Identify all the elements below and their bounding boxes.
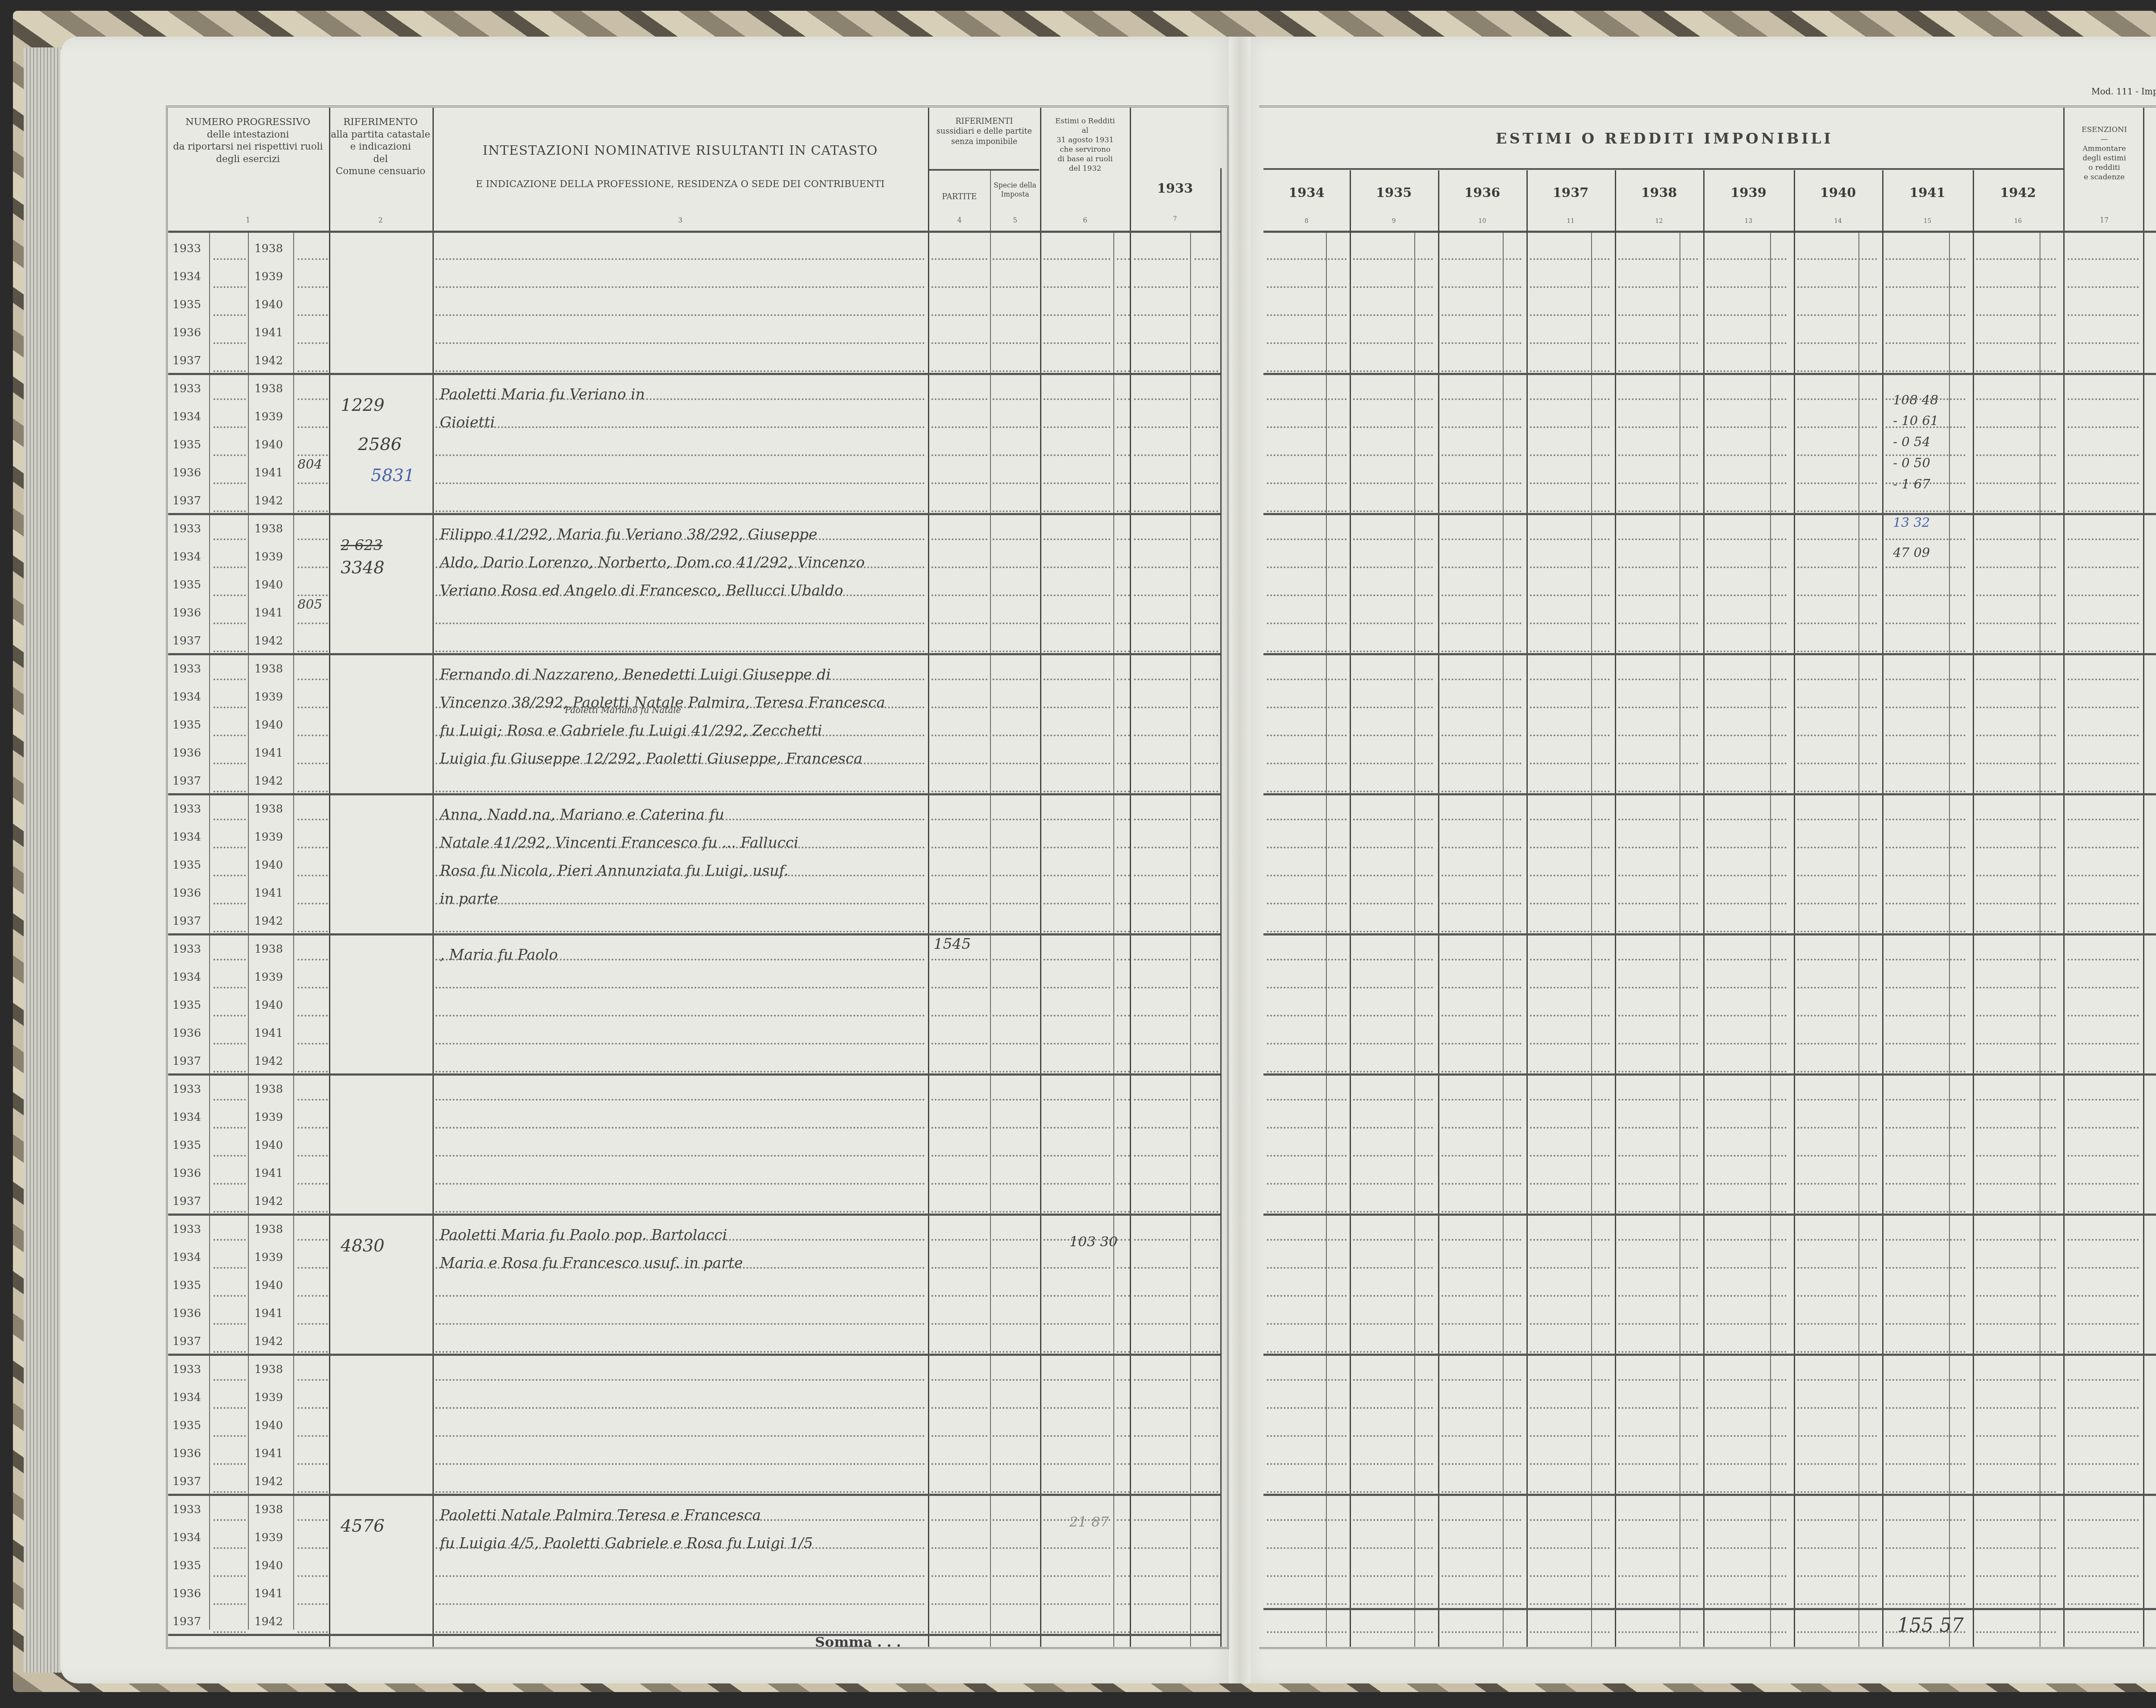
ruled-line <box>1442 1631 1521 1633</box>
ruled-line <box>1267 426 1347 428</box>
ruled-line <box>993 1407 1038 1409</box>
ruled-line <box>436 1211 925 1213</box>
header-line: Specie della Imposta <box>991 181 1039 199</box>
reddito-1941-value: 108 48 <box>1893 393 1938 408</box>
ruled-line <box>298 959 328 960</box>
ruled-line <box>993 1435 1038 1437</box>
ruled-line <box>1797 651 1877 652</box>
ruled-line <box>298 679 328 680</box>
ruled-line <box>931 623 987 624</box>
ruled-line <box>1134 594 1188 596</box>
ruled-line <box>1797 1407 1877 1409</box>
ruled-line <box>993 342 1038 344</box>
ruled-line <box>213 258 246 260</box>
ruled-line <box>931 1099 987 1101</box>
year-label: 1939 <box>254 551 283 563</box>
ruled-line <box>1976 1295 2056 1297</box>
ruled-line <box>1707 623 1786 624</box>
ruled-line <box>1530 651 1610 652</box>
ruled-line <box>993 1547 1038 1549</box>
ruled-line <box>1442 1491 1521 1493</box>
ruled-line <box>1707 454 1786 456</box>
entry-separator <box>168 1494 1220 1496</box>
column-divider <box>1130 108 1131 1647</box>
ruled-line <box>1117 566 1130 568</box>
ruled-line <box>1134 987 1188 989</box>
ruled-line <box>1707 314 1786 316</box>
year-label: 1938 <box>254 1503 283 1516</box>
ruled-line <box>1707 903 1786 904</box>
ruled-line <box>298 1323 328 1325</box>
column-number: 10 <box>1438 218 1526 225</box>
ruled-line <box>1707 1071 1786 1073</box>
ruled-line <box>1353 819 1433 820</box>
ruled-line <box>1267 903 1347 904</box>
ruled-line <box>1267 847 1347 848</box>
ruled-line <box>931 1603 987 1605</box>
header-year-1936: 1936 <box>1438 185 1526 200</box>
ruled-line <box>1886 931 1965 932</box>
ruled-line <box>1530 987 1610 989</box>
ruled-line <box>1194 1323 1218 1325</box>
ruled-line <box>1886 258 1965 260</box>
ruled-line <box>1353 1155 1433 1157</box>
ruled-line <box>1044 735 1110 736</box>
ruled-line <box>1044 763 1110 764</box>
ruled-line <box>1530 1239 1610 1241</box>
ruled-line <box>931 1127 987 1129</box>
ruled-line <box>1194 1239 1218 1241</box>
handwritten-intestazione: Gioietti <box>440 414 495 431</box>
ruled-line <box>213 1435 246 1437</box>
year-label: 1942 <box>254 635 283 648</box>
ruled-line <box>1353 314 1433 316</box>
ruled-line <box>1797 959 1877 960</box>
entry-separator <box>1263 373 2156 375</box>
year-label: 1940 <box>254 438 283 451</box>
ruled-line <box>993 903 1038 904</box>
ruled-line <box>931 1015 987 1017</box>
entry-separator <box>168 653 1220 655</box>
ruled-line <box>1618 847 1698 848</box>
ruled-line <box>298 1127 328 1129</box>
ruled-line <box>1797 1211 1877 1213</box>
ruled-line <box>1707 1295 1786 1297</box>
ruled-line <box>298 314 328 316</box>
partite-reference: 1545 <box>934 935 971 953</box>
ruled-line <box>1976 398 2056 400</box>
ruled-line <box>1134 679 1188 680</box>
ruled-line <box>298 1519 328 1521</box>
column-divider <box>1973 170 1974 1647</box>
year-label: 1942 <box>254 1195 283 1208</box>
ruled-line <box>213 566 246 568</box>
ruled-line <box>213 1043 246 1045</box>
ruled-line <box>993 594 1038 596</box>
ruled-line <box>1267 1323 1347 1325</box>
ruled-line <box>436 903 925 904</box>
ruled-line <box>931 594 987 596</box>
year-label: 1939 <box>254 831 283 844</box>
ruled-line <box>1797 1631 1877 1633</box>
ruled-line <box>1442 1407 1521 1409</box>
ruled-line <box>1442 1575 1521 1577</box>
ruled-line <box>1976 454 2056 456</box>
year-label: 1934 <box>172 1531 201 1544</box>
ruled-line <box>436 987 925 989</box>
ruled-line <box>298 1351 328 1353</box>
ruled-line <box>1442 1099 1521 1101</box>
ruled-line <box>1797 342 1877 344</box>
year-label: 1942 <box>254 354 283 367</box>
ruled-line <box>1618 875 1698 876</box>
ruled-line <box>1194 819 1218 820</box>
ruled-line <box>1442 286 1521 288</box>
ruled-line <box>1530 623 1610 624</box>
ruled-line <box>1117 314 1130 316</box>
ruled-line <box>1797 1239 1877 1241</box>
ruled-line <box>298 819 328 820</box>
year-label: 1937 <box>172 915 201 928</box>
ruled-line <box>1117 623 1130 624</box>
estimo-1931-value: 21 87 <box>1069 1514 1109 1530</box>
ruled-line <box>1530 1463 1610 1465</box>
year-label: 1938 <box>254 1223 283 1236</box>
ruled-line <box>993 1603 1038 1605</box>
year-label: 1934 <box>172 1251 201 1264</box>
ruled-line <box>931 1351 987 1353</box>
year-label: 1941 <box>254 1167 283 1180</box>
ruled-line <box>1886 1603 1965 1605</box>
ruled-line <box>2068 1435 2139 1437</box>
ruled-line <box>1117 1183 1130 1185</box>
ruled-line <box>2068 286 2139 288</box>
ruled-line <box>1797 903 1877 904</box>
ruled-line <box>931 1379 987 1381</box>
header-line: — <box>2065 135 2143 144</box>
ruled-line <box>931 1575 987 1577</box>
ruled-line <box>1134 1295 1188 1297</box>
ruled-line <box>1442 370 1521 372</box>
ruled-line <box>2068 510 2139 512</box>
year-label: 1935 <box>172 438 201 451</box>
ruled-line <box>1194 791 1218 792</box>
ruled-line <box>436 314 925 316</box>
ruled-line <box>1044 707 1110 708</box>
ruled-line <box>1353 1463 1433 1465</box>
ruled-line <box>1194 286 1218 288</box>
ruled-line <box>1530 1323 1610 1325</box>
ruled-line <box>1976 510 2056 512</box>
ruled-line <box>1707 1239 1786 1241</box>
ruled-line <box>298 735 328 736</box>
cents-divider <box>1326 233 1327 1647</box>
ruled-line <box>931 679 987 680</box>
ruled-line <box>436 1435 925 1437</box>
ruled-line <box>1044 931 1110 932</box>
ruled-line <box>1530 763 1610 764</box>
ruled-line <box>1618 1547 1698 1549</box>
cents-divider <box>2040 233 2040 1647</box>
ruled-line <box>1044 679 1110 680</box>
ruled-line <box>1117 1043 1130 1045</box>
header-line: sussidiari e delle partite <box>929 126 1039 136</box>
ruled-line <box>2068 1211 2139 1213</box>
ruled-line <box>1707 1127 1786 1129</box>
ruled-line <box>1117 987 1130 989</box>
ruled-line <box>1976 735 2056 736</box>
header-rule <box>1263 231 2156 233</box>
ruled-line <box>213 1379 246 1381</box>
reddito-1941-value: - 1 67 <box>1893 477 1930 492</box>
ruled-line <box>1530 1407 1610 1409</box>
ruled-line <box>1976 1407 2056 1409</box>
ruled-line <box>1530 1435 1610 1437</box>
ruled-line <box>931 370 987 372</box>
ruled-line <box>298 903 328 904</box>
ruled-line <box>1618 791 1698 792</box>
ruled-line <box>1194 1183 1218 1185</box>
column-divider <box>1350 170 1351 1647</box>
ruled-line <box>298 1407 328 1409</box>
year-col-divider <box>209 233 210 1630</box>
header-line: del 1932 <box>1041 164 1129 173</box>
ruled-line <box>1353 1435 1433 1437</box>
ruled-line <box>1886 1295 1965 1297</box>
ruled-line <box>1442 1519 1521 1521</box>
ruled-line <box>213 314 246 316</box>
handwritten-intestazione: fu Luigi; Rosa e Gabriele fu Luigi 41/29… <box>440 722 822 739</box>
ruled-line <box>1353 398 1433 400</box>
ruled-line <box>1117 1603 1130 1605</box>
ruled-line <box>1530 1127 1610 1129</box>
ruled-line <box>213 1323 246 1325</box>
handwritten-intestazione: Veriano Rosa ed Angelo di Francesco, Bel… <box>440 582 843 599</box>
ruled-line <box>1797 1463 1877 1465</box>
ruled-line <box>1194 258 1218 260</box>
ruled-line <box>1707 847 1786 848</box>
ruled-line <box>1117 538 1130 540</box>
ruled-line <box>1194 1603 1218 1605</box>
ruled-line <box>213 1239 246 1241</box>
ruled-line <box>298 987 328 989</box>
ruled-line <box>1353 875 1433 876</box>
column-divider <box>990 170 991 1647</box>
ruled-line <box>2068 1099 2139 1101</box>
column-number: 2 <box>330 216 431 225</box>
ruled-line <box>2068 847 2139 848</box>
ruled-line <box>213 1015 246 1017</box>
ruled-line <box>993 1155 1038 1157</box>
ruled-line <box>2068 1379 2139 1381</box>
ruled-line <box>298 791 328 792</box>
ruled-line <box>993 1631 1038 1633</box>
entry-separator <box>168 1214 1220 1216</box>
ruled-line <box>1267 1071 1347 1073</box>
ruled-line <box>1117 763 1130 764</box>
entry-separator <box>168 1354 1220 1356</box>
ruled-line <box>1797 1491 1877 1493</box>
ruled-line <box>1618 903 1698 904</box>
ruled-line <box>1707 1631 1786 1633</box>
ruled-line <box>1707 510 1786 512</box>
header-line: RIFERIMENTO <box>330 116 431 129</box>
ruled-line <box>436 286 925 288</box>
ruled-line <box>1194 903 1218 904</box>
ruled-line <box>1117 651 1130 652</box>
ruled-line <box>993 1267 1038 1269</box>
ruled-line <box>1707 1463 1786 1465</box>
year-label: 1935 <box>172 719 201 732</box>
ruled-line <box>1797 1043 1877 1045</box>
ruled-line <box>2068 707 2139 708</box>
ruled-line <box>1134 1071 1188 1073</box>
ruled-line <box>2068 454 2139 456</box>
ruled-line <box>1044 314 1110 316</box>
ruled-line <box>298 1463 328 1465</box>
ruled-line <box>1353 1267 1433 1269</box>
ruled-line <box>1886 819 1965 820</box>
year-label: 1940 <box>254 579 283 591</box>
ruled-line <box>1134 651 1188 652</box>
column-divider <box>1882 170 1883 1647</box>
ruled-line <box>1886 538 1965 540</box>
ruled-line <box>213 1631 246 1633</box>
ruled-line <box>2068 1071 2139 1073</box>
ruled-line <box>213 482 246 484</box>
ruled-line <box>213 1463 246 1465</box>
header-line: alla partita catastale <box>330 129 431 141</box>
ruled-line <box>298 875 328 876</box>
ruled-line <box>931 1519 987 1521</box>
ruled-line <box>993 1491 1038 1493</box>
ruled-line <box>2068 1155 2139 1157</box>
ruled-line <box>1353 651 1433 652</box>
ruled-line <box>1886 1211 1965 1213</box>
ruled-line <box>1886 1015 1965 1017</box>
column-number: 9 <box>1350 218 1438 225</box>
ruled-line <box>1618 763 1698 764</box>
ruled-line <box>1044 1631 1110 1633</box>
ruled-line <box>1194 454 1218 456</box>
ruled-line <box>436 1183 925 1185</box>
year-label: 1935 <box>172 298 201 311</box>
ruled-line <box>1267 510 1347 512</box>
ruled-line <box>298 1267 328 1269</box>
ruled-line <box>298 1043 328 1045</box>
ruled-line <box>436 791 925 792</box>
ruled-line <box>1044 1155 1110 1157</box>
ruled-line <box>1442 1323 1521 1325</box>
ruled-line <box>213 987 246 989</box>
ruled-line <box>1707 538 1786 540</box>
year-label: 1938 <box>254 242 283 255</box>
ruled-line <box>993 679 1038 680</box>
header-subtitle: E INDICAZIONE DELLA PROFESSIONE, RESIDEN… <box>433 178 927 191</box>
ruled-line <box>1267 1099 1347 1101</box>
ruled-line <box>1134 482 1188 484</box>
ruled-line <box>1194 1379 1218 1381</box>
entry-separator <box>1263 513 2156 515</box>
handwritten-intestazione: Filippo 41/292, Maria fu Veriano 38/292,… <box>440 526 817 543</box>
ruled-line <box>1707 398 1786 400</box>
ruled-line <box>1267 1127 1347 1129</box>
entry-separator <box>168 513 1220 515</box>
ruled-line <box>1267 1379 1347 1381</box>
ruled-line <box>1117 1267 1130 1269</box>
ruled-line <box>213 1155 246 1157</box>
ruled-line <box>1134 819 1188 820</box>
ruled-line <box>1044 623 1110 624</box>
ruled-line <box>1976 342 2056 344</box>
ruled-line <box>1442 1435 1521 1437</box>
ruled-line <box>1044 1127 1110 1129</box>
ruled-line <box>1442 1043 1521 1045</box>
estimo-1931-value: 103 30 <box>1069 1233 1118 1250</box>
ruled-line <box>1797 763 1877 764</box>
ruled-line <box>931 258 987 260</box>
cents-divider <box>1503 233 1504 1647</box>
ruled-line <box>931 1407 987 1409</box>
ruled-line <box>1044 987 1110 989</box>
ruled-line <box>1797 1295 1877 1297</box>
ruled-line <box>1117 426 1130 428</box>
year-label: 1942 <box>254 775 283 788</box>
ruled-line <box>993 1379 1038 1381</box>
year-label: 1938 <box>254 663 283 676</box>
ruled-line <box>298 510 328 512</box>
ruled-line <box>436 454 925 456</box>
ruled-line <box>1797 510 1877 512</box>
year-label: 1933 <box>172 803 201 816</box>
ruled-line <box>1886 1323 1965 1325</box>
ruled-line <box>1976 819 2056 820</box>
header-year-1939: 1939 <box>1703 185 1794 200</box>
ruled-line <box>993 1211 1038 1213</box>
year-label: 1941 <box>254 1027 283 1040</box>
ruled-line <box>993 847 1038 848</box>
ruled-line <box>1618 594 1698 596</box>
ruled-line <box>1976 1435 2056 1437</box>
somma-label: Somma . . . <box>815 1634 901 1650</box>
ruled-line <box>1530 1295 1610 1297</box>
ruled-line <box>1976 1351 2056 1353</box>
ruled-line <box>1267 707 1347 708</box>
year-label: 1934 <box>172 1391 201 1404</box>
ruled-line <box>1797 735 1877 736</box>
ruled-line <box>1707 1351 1786 1353</box>
ruled-line <box>1618 959 1698 960</box>
handwritten-intestazione: Anna, Nadd.na, Mariano e Caterina fu <box>440 806 724 823</box>
year-label: 1933 <box>172 1363 201 1376</box>
ruled-line <box>1267 1267 1347 1269</box>
ruled-line <box>298 1099 328 1101</box>
ruled-line <box>2068 1239 2139 1241</box>
ruled-line <box>931 1547 987 1549</box>
ruled-line <box>1134 931 1188 932</box>
ruled-line <box>1442 903 1521 904</box>
ruled-line <box>1442 538 1521 540</box>
ruled-line <box>1044 903 1110 904</box>
ruled-line <box>1797 791 1877 792</box>
ruled-line <box>931 1491 987 1493</box>
ruled-line <box>1618 819 1698 820</box>
ruled-line <box>2068 314 2139 316</box>
header-line: che servirono <box>1041 145 1129 154</box>
year-label: 1940 <box>254 1279 283 1292</box>
year-label: 1942 <box>254 1055 283 1068</box>
ruled-line <box>1530 454 1610 456</box>
